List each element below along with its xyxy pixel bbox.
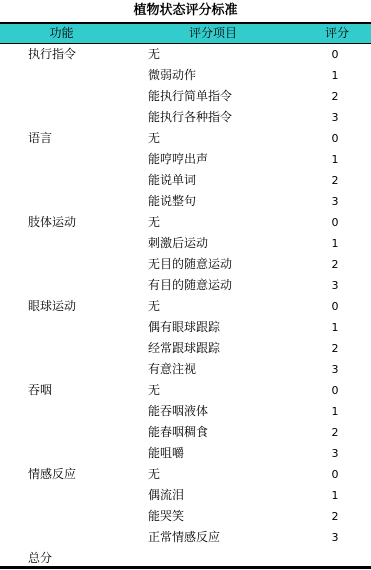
row-score: 2 — [328, 86, 342, 107]
row-item: 能春咽稠食 — [148, 422, 208, 443]
table-header: 功能 评分项目 评分 — [0, 24, 371, 43]
row-score: 3 — [328, 443, 342, 464]
row-score: 2 — [328, 422, 342, 443]
table-row: 经常跟球跟踪2 — [0, 338, 371, 359]
table-row: 能说单词2 — [0, 170, 371, 191]
row-item: 刺激后运动 — [148, 233, 208, 254]
table-row: 有意注视3 — [0, 359, 371, 380]
table-row: 有目的随意运动3 — [0, 275, 371, 296]
row-item: 无 — [148, 380, 160, 401]
table-row: 情感反应无0 — [0, 464, 371, 485]
row-score: 3 — [328, 275, 342, 296]
row-function: 语言 — [28, 128, 52, 149]
row-item: 微弱动作 — [148, 65, 196, 86]
table-title: 植物状态评分标准 — [0, 1, 371, 21]
table-row: 偶流泪1 — [0, 485, 371, 506]
table-row: 微弱动作1 — [0, 65, 371, 86]
header-item: 评分项目 — [123, 24, 303, 43]
row-item: 能哼哼出声 — [148, 149, 208, 170]
row-score: 3 — [328, 107, 342, 128]
table-row: 无目的随意运动2 — [0, 254, 371, 275]
row-score: 2 — [328, 506, 342, 527]
table-row: 执行指令无0 — [0, 44, 371, 65]
row-item: 能吞咽液体 — [148, 401, 208, 422]
row-score: 2 — [328, 338, 342, 359]
table-row: 能执行各种指令3 — [0, 107, 371, 128]
row-score: 2 — [328, 254, 342, 275]
row-score: 1 — [328, 401, 342, 422]
table-row: 刺激后运动1 — [0, 233, 371, 254]
row-score: 0 — [328, 128, 342, 149]
row-item: 经常跟球跟踪 — [148, 338, 220, 359]
row-item: 无 — [148, 464, 160, 485]
table-row: 能哭笑2 — [0, 506, 371, 527]
row-function: 吞咽 — [28, 380, 52, 401]
row-function: 肢体运动 — [28, 212, 76, 233]
row-item: 能说整句 — [148, 191, 196, 212]
row-item: 正常情感反应 — [148, 527, 220, 548]
row-score: 1 — [328, 485, 342, 506]
table-row: 能吞咽液体1 — [0, 401, 371, 422]
table-row: 能执行简单指令2 — [0, 86, 371, 107]
header-score: 评分 — [303, 24, 371, 43]
table-row: 肢体运动无0 — [0, 212, 371, 233]
table-row: 能春咽稠食2 — [0, 422, 371, 443]
row-score: 2 — [328, 170, 342, 191]
row-item: 能咀嚼 — [148, 443, 184, 464]
row-function: 执行指令 — [28, 44, 76, 65]
row-item: 偶有眼球跟踪 — [148, 317, 220, 338]
row-function: 情感反应 — [28, 464, 76, 485]
row-item: 能哭笑 — [148, 506, 184, 527]
row-score: 0 — [328, 296, 342, 317]
row-score: 1 — [328, 149, 342, 170]
row-score: 3 — [328, 527, 342, 548]
row-item: 能执行简单指令 — [148, 86, 232, 107]
table-row: 能咀嚼3 — [0, 443, 371, 464]
row-function: 眼球运动 — [28, 296, 76, 317]
table-row: 眼球运动无0 — [0, 296, 371, 317]
row-score: 3 — [328, 191, 342, 212]
row-score: 1 — [328, 65, 342, 86]
row-item: 无 — [148, 296, 160, 317]
row-item: 无 — [148, 128, 160, 149]
row-item: 有目的随意运动 — [148, 275, 232, 296]
row-score: 1 — [328, 317, 342, 338]
bottom-rule — [0, 566, 371, 569]
header-function: 功能 — [0, 24, 123, 43]
row-item: 无 — [148, 44, 160, 65]
table-body: 执行指令无0微弱动作1能执行简单指令2能执行各种指令3语言无0能哼哼出声1能说单… — [0, 44, 371, 548]
row-score: 0 — [328, 212, 342, 233]
row-item: 有意注视 — [148, 359, 196, 380]
row-score: 0 — [328, 44, 342, 65]
row-item: 能执行各种指令 — [148, 107, 232, 128]
row-item: 偶流泪 — [148, 485, 184, 506]
table-row: 吞咽无0 — [0, 380, 371, 401]
table-row: 能哼哼出声1 — [0, 149, 371, 170]
row-score: 3 — [328, 359, 342, 380]
row-item: 无 — [148, 212, 160, 233]
table-row: 能说整句3 — [0, 191, 371, 212]
row-item: 能说单词 — [148, 170, 196, 191]
table-row: 正常情感反应3 — [0, 527, 371, 548]
row-score: 1 — [328, 233, 342, 254]
row-score: 0 — [328, 464, 342, 485]
row-score: 0 — [328, 380, 342, 401]
row-item: 无目的随意运动 — [148, 254, 232, 275]
table-row: 语言无0 — [0, 128, 371, 149]
table-row: 偶有眼球跟踪1 — [0, 317, 371, 338]
